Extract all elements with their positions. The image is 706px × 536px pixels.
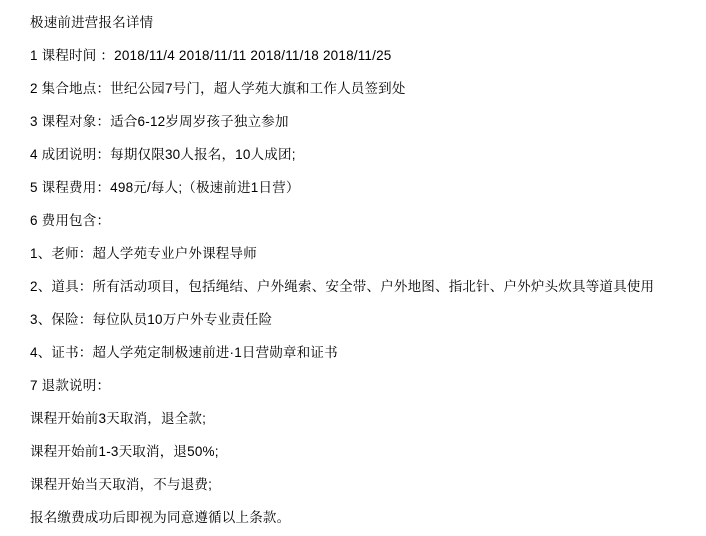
line-refund-half: 课程开始前1-3天取消，退50%; <box>30 435 696 468</box>
line-course-fee: 5 课程费用：498元/每人;（极速前进1日营） <box>30 171 696 204</box>
page-title: 极速前进营报名详情 <box>30 6 696 39</box>
line-include-teacher: 1、老师：超人学苑专业户外课程导师 <box>30 237 696 270</box>
line-refund-none: 课程开始当天取消，不与退费; <box>30 468 696 501</box>
line-include-certificate: 4、证书：超人学苑定制极速前进·1日营勋章和证书 <box>30 336 696 369</box>
line-fee-includes-heading: 6 费用包含： <box>30 204 696 237</box>
line-refund-full: 课程开始前3天取消，退全款; <box>30 402 696 435</box>
line-refund-heading: 7 退款说明： <box>30 369 696 402</box>
line-agreement-note: 报名缴费成功后即视为同意遵循以上条款。 <box>30 501 696 534</box>
line-meeting-point: 2 集合地点：世纪公园7号门，超人学苑大旗和工作人员签到处 <box>30 72 696 105</box>
line-course-audience: 3 课程对象：适合6-12岁周岁孩子独立参加 <box>30 105 696 138</box>
line-include-props: 2、道具：所有活动项目，包括绳结、户外绳索、安全带、户外地图、指北针、户外炉头炊… <box>30 270 696 303</box>
line-course-time: 1 课程时间 ：2018/11/4 2018/11/11 2018/11/18 … <box>30 39 696 72</box>
registration-details-document: 极速前进营报名详情 1 课程时间 ：2018/11/4 2018/11/11 2… <box>0 0 706 536</box>
line-include-insurance: 3、保险：每位队员10万户外专业责任险 <box>30 303 696 336</box>
line-group-rules: 4 成团说明：每期仅限30人报名，10人成团; <box>30 138 696 171</box>
